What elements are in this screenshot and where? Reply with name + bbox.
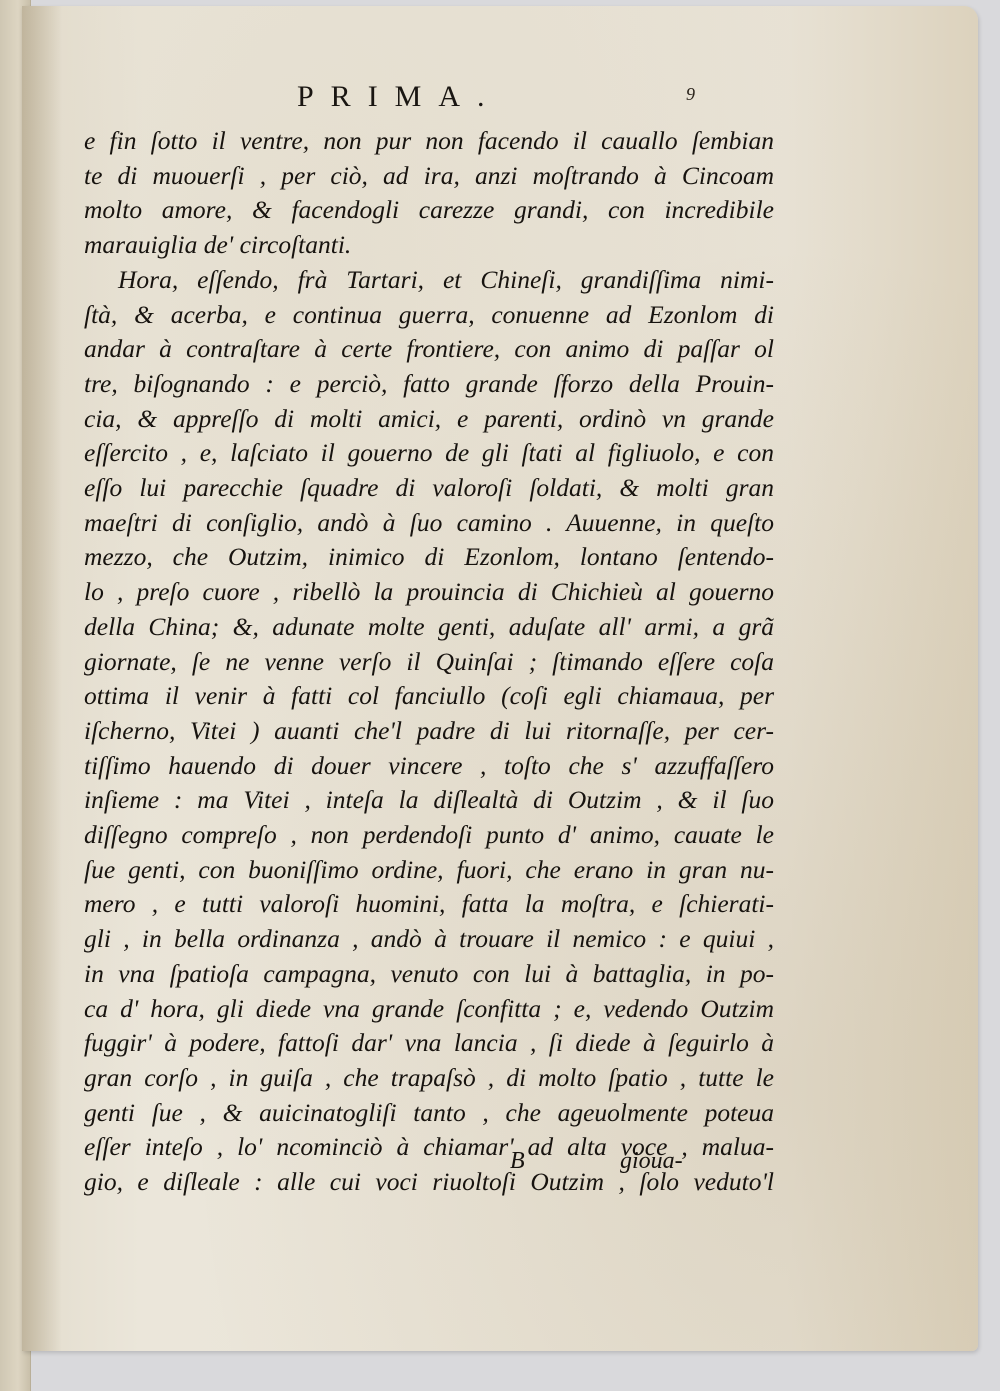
text-line: gli , in bella ordinanza , andò à trouar…	[84, 922, 774, 957]
text-line: genti ſue , & auicinatogliſi tanto , che…	[84, 1096, 774, 1131]
text-line: Hora, eſſendo, frà Tartari, et Chineſi, …	[84, 263, 774, 298]
signature-mark: B	[510, 1148, 525, 1175]
text-line: eſſo lui parecchie ſquadre di valoroſi ſ…	[84, 471, 774, 506]
text-line: cia, & appreſſo di molti amici, e parent…	[84, 402, 774, 437]
text-line: tiſſimo hauendo di douer vincere , toſto…	[84, 749, 774, 784]
text-line: e fin ſotto il ventre, non pur non facen…	[84, 124, 774, 159]
body-text: e fin ſotto il ventre, non pur non facen…	[84, 124, 774, 1200]
text-line: ſtà, & acerba, e continua guerra, conuen…	[84, 298, 774, 333]
text-line: iſcherno, Vitei ) auanti che'l padre di …	[84, 714, 774, 749]
gutter-shadow	[22, 6, 62, 1351]
running-head: PRIMA.	[297, 80, 502, 114]
text-line: tre, biſognando : e perciò, fatto grande…	[84, 367, 774, 402]
text-line: gran corſo , in guiſa , che trapaſsò , d…	[84, 1061, 774, 1096]
text-line: mero , e tutti valoroſi huomini, fatta l…	[84, 887, 774, 922]
text-line: inſieme : ma Vitei , inteſa la diſlealtà…	[84, 783, 774, 818]
text-line: maeſtri di conſiglio, andò à ſuo camino …	[84, 506, 774, 541]
text-line: andar à contraſtare à certe frontiere, c…	[84, 332, 774, 367]
text-line: fuggir' à podere, fattoſi dar' vna lanci…	[84, 1026, 774, 1061]
text-line: te di muouerſi , per ciò, ad ira, anzi m…	[84, 159, 774, 194]
text-line: ottima il venir à fatti col fanciullo (c…	[84, 679, 774, 714]
text-line: molto amore, & facendogli carezze grandi…	[84, 193, 774, 228]
folio-number: 9	[686, 84, 695, 105]
text-line: mezzo, che Outzim, inimico di Ezonlom, l…	[84, 540, 774, 575]
catchword: gioua-	[620, 1148, 683, 1175]
text-line: diſſegno compreſo , non perdendoſi punto…	[84, 818, 774, 853]
text-line: marauiglia de' circoſtanti.	[84, 228, 774, 263]
text-line: della China; &, adunate molte genti, adu…	[84, 610, 774, 645]
text-line: ca d' hora, gli diede vna grande ſconfit…	[84, 992, 774, 1027]
text-line: ſue genti, con buoniſſimo ordine, fuori,…	[84, 853, 774, 888]
text-line: lo , preſo cuore , ribellò la prouincia …	[84, 575, 774, 610]
text-line: giornate, ſe ne venne verſo il Quinſai ;…	[84, 645, 774, 680]
text-line: in vna ſpatioſa campagna, venuto con lui…	[84, 957, 774, 992]
text-line: eſſercito , e, laſciato il gouerno de gl…	[84, 436, 774, 471]
